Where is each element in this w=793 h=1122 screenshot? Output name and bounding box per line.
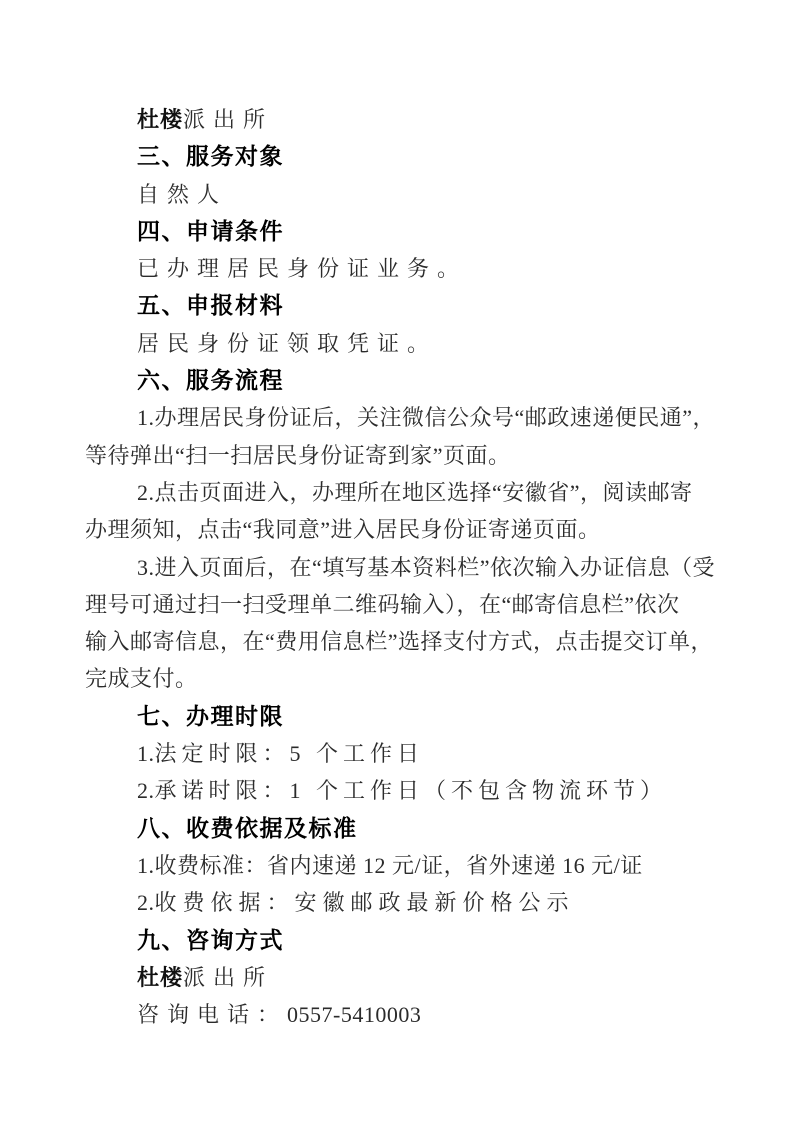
body-text: 办理须知，点击“我同意”进入居民身份证寄递页面。 [85,517,601,542]
doc-line-fee-standard: 1.收费标准：省内速递 12 元/证，省外速递 16 元/证 [85,847,725,884]
unit-name-bold: 杜楼 [137,965,183,990]
body-text: 承诺时限： [155,778,290,803]
body-text: 居民身份证领取凭证。 [137,331,437,356]
doc-line-legal-limit: 1.法定时限：5 个工作日 [85,735,725,772]
heading-text: 九、咨询方式 [137,927,284,953]
section-heading-8: 八、收费依据及标准 [85,810,725,847]
doc-line-step3-c: 输入邮寄信息，在“费用信息栏”选择支付方式，点击提交订单， [85,623,725,660]
fee-amount: 12 [363,853,386,878]
list-number: 1. [137,853,155,878]
doc-line-promise-limit: 2.承诺时限：1 个工作日（不包含物流环节） [85,772,725,809]
section-heading-7: 七、办理时限 [85,698,725,735]
list-number: 1. [137,741,155,766]
body-text: 已办理居民身份证业务。 [137,256,467,281]
doc-line-step3-d: 完成支付。 [85,660,725,697]
phone-number: 0557-5410003 [287,1002,421,1027]
heading-text: 四、申请条件 [137,218,284,244]
doc-line-apply-condition: 已办理居民身份证业务。 [85,250,725,287]
section-heading-6: 六、服务流程 [85,362,725,399]
heading-text: 三、服务对象 [137,143,284,169]
list-number: 3. [137,555,155,580]
fee-amount: 16 [562,853,585,878]
doc-line-step3-a: 3.进入页面后，在“填写基本资料栏”依次输入办证信息（受 [85,549,725,586]
document-text-column: 杜楼派出所 三、服务对象 自然人 四、申请条件 已办理居民身份证业务。 五、申报… [85,101,725,1033]
body-text: 完成支付。 [85,666,198,691]
doc-line-service-target: 自然人 [85,176,725,213]
body-text: 收费依据：安徽邮政最新价格公示 [155,890,575,915]
unit-name-bold: 杜楼 [137,107,183,132]
body-text: 1 个工作日（不包含物流环节） [290,778,668,803]
doc-line-unit-name: 杜楼派出所 [85,101,725,138]
doc-line-materials: 居民身份证领取凭证。 [85,325,725,362]
list-number: 2. [137,480,155,505]
body-text: 元/证，省外速递 [386,853,562,878]
body-text: 收费标准：省内速递 [155,853,364,878]
body-text: 办理居民身份证后，关注微信公众号“邮政速递便民通”， [155,405,716,430]
doc-line-step3-b: 理号可通过扫一扫受理单二维码输入），在“邮寄信息栏”依次 [85,586,725,623]
body-text: 输入邮寄信息，在“费用信息栏”选择支付方式，点击提交订单， [85,629,713,654]
list-number: 1. [137,405,155,430]
body-text: 理号可通过扫一扫受理单二维码输入），在“邮寄信息栏”依次 [85,592,680,617]
list-number: 2. [137,778,155,803]
heading-text: 六、服务流程 [137,367,284,393]
body-text: 法定时限： [155,741,290,766]
list-number: 2. [137,890,155,915]
doc-line-step1-a: 1.办理居民身份证后，关注微信公众号“邮政速递便民通”， [85,399,725,436]
phone-label: 咨询电话： [137,1002,287,1027]
unit-name-rest: 派出所 [183,965,273,990]
body-text: 点击页面进入，办理所在地区选择“安徽省”，阅读邮寄 [155,480,693,505]
heading-text: 七、办理时限 [137,703,284,729]
doc-line-step2-b: 办理须知，点击“我同意”进入居民身份证寄递页面。 [85,511,725,548]
heading-text: 五、申报材料 [137,292,284,318]
body-text: 元/证 [585,853,643,878]
doc-line-fee-basis: 2.收费依据：安徽邮政最新价格公示 [85,884,725,921]
body-text: 5 个工作日 [290,741,425,766]
heading-text: 八、收费依据及标准 [137,815,358,841]
doc-line-contact-unit: 杜楼派出所 [85,959,725,996]
doc-line-step1-b: 等待弹出“扫一扫居民身份证寄到家”页面。 [85,437,725,474]
body-text: 等待弹出“扫一扫居民身份证寄到家”页面。 [85,443,511,468]
doc-line-step2-a: 2.点击页面进入，办理所在地区选择“安徽省”，阅读邮寄 [85,474,725,511]
section-heading-9: 九、咨询方式 [85,922,725,959]
section-heading-3: 三、服务对象 [85,138,725,175]
doc-line-phone: 咨询电话：0557-5410003 [85,996,725,1033]
body-text: 进入页面后，在“填写基本资料栏”依次输入办证信息（受 [155,555,716,580]
unit-name-rest: 派出所 [183,107,273,132]
section-heading-5: 五、申报材料 [85,287,725,324]
body-text: 自然人 [137,182,227,207]
document-page: 杜楼派出所 三、服务对象 自然人 四、申请条件 已办理居民身份证业务。 五、申报… [0,0,793,1122]
section-heading-4: 四、申请条件 [85,213,725,250]
